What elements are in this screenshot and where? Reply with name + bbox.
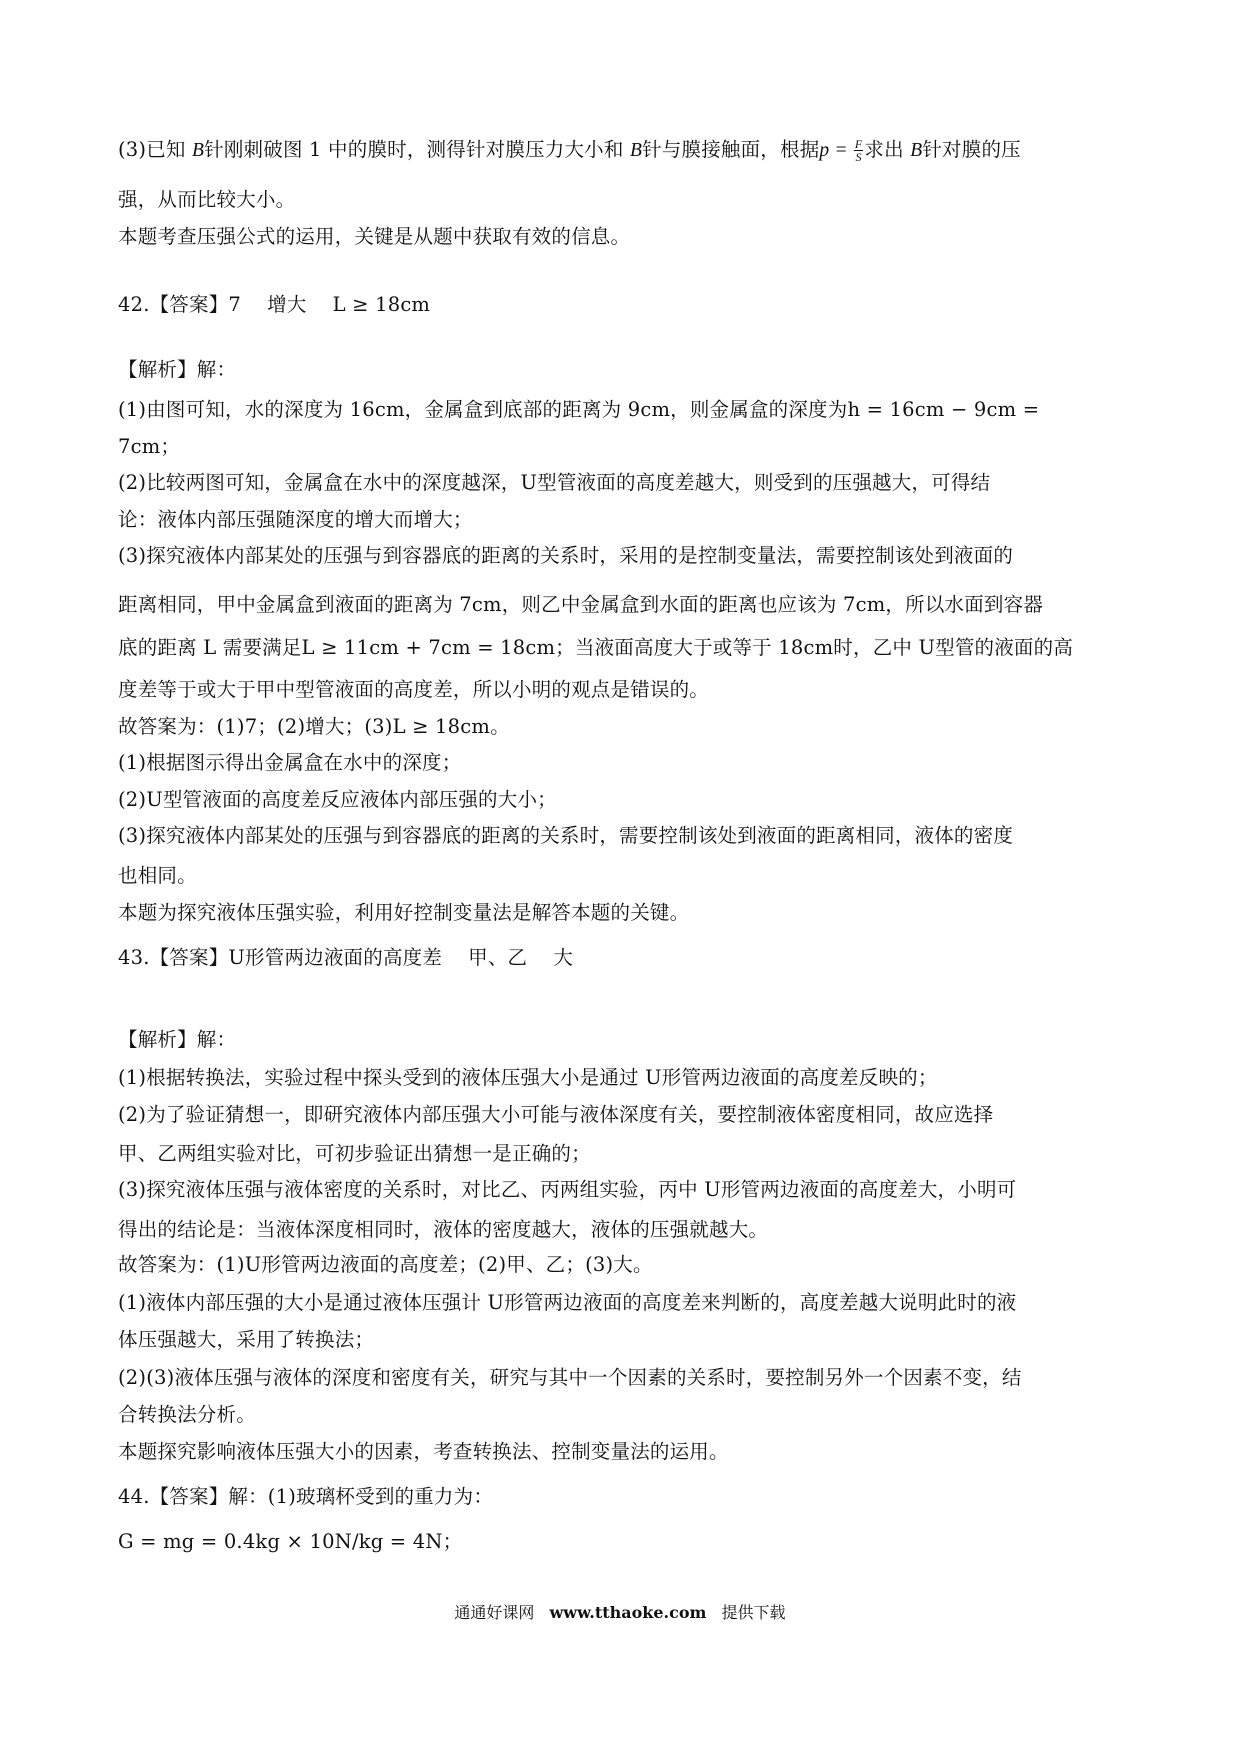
- text-line: 距离相同，甲中金属盒到液面的距离为 7cm，则乙中金属盒到水面的距离也应该为 7…: [118, 592, 1043, 618]
- text-line: 强，从而比较大小。: [118, 187, 295, 213]
- text-line: 合转换法分析。: [118, 1402, 256, 1428]
- text-run: B: [910, 140, 922, 161]
- text-line: 【解析】解：: [118, 1027, 236, 1053]
- text-line: 得出的结论是：当液体深度相同时，液体的密度越大，液体的压强就越大。: [118, 1217, 768, 1243]
- footer-site-name: 通通好课网: [454, 1603, 534, 1622]
- text-line: 也相同。: [118, 863, 197, 889]
- text-line: 本题探究影响液体压强大小的因素，考查转换法、控制变量法的运用。: [118, 1439, 729, 1465]
- text-line: 体压强越大，采用了转换法；: [118, 1327, 374, 1353]
- text-line: 7cm；: [118, 434, 180, 460]
- text-run: 针刚刺破图 1 中的膜时，测得针对膜压力大小和: [204, 138, 630, 161]
- text-line: (2)(3)液体压强与液体的深度和密度有关，研究与其中一个因素的关系时，要控制另…: [118, 1365, 1022, 1391]
- text-line: 44.【答案】解：(1)玻璃杯受到的重力为：: [118, 1484, 493, 1510]
- text-line: (1)液体内部压强的大小是通过液体压强计 U形管两边液面的高度差来判断的，高度差…: [118, 1290, 1016, 1316]
- text-run: p =: [819, 140, 852, 161]
- text-run: B: [192, 140, 204, 161]
- text-line: 底的距离 L 需要满足L ≥ 11cm + 7cm = 18cm；当液面高度大于…: [118, 635, 1073, 661]
- text-line: 【解析】解：: [118, 357, 236, 383]
- text-line: (2)为了验证猜想一，即研究液体内部压强大小可能与液体深度有关，要控制液体密度相…: [118, 1102, 993, 1128]
- text-line: (2)U型管液面的高度差反应液体内部压强的大小；: [118, 787, 557, 813]
- text-line: 度差等于或大于甲中型管液面的高度差，所以小明的观点是错误的。: [118, 677, 709, 703]
- text-line: 本题考查压强公式的运用，关键是从题中获取有效的信息。: [118, 224, 630, 250]
- text-line: (3)探究液体压强与液体密度的关系时，对比乙、丙两组实验，丙中 U形管两边液面的…: [118, 1177, 1016, 1203]
- text-line: (1)根据图示得出金属盒在水中的深度；: [118, 750, 461, 776]
- page-footer: 通通好课网 www.tthaoke.com 提供下载: [0, 1600, 1240, 1623]
- text-line: 甲、乙两组实验对比，可初步验证出猜想一是正确的；: [118, 1141, 591, 1167]
- text-line: (3)探究液体内部某处的压强与到容器底的距离的关系时，需要控制该处到液面的距离相…: [118, 823, 1013, 849]
- text-line: (3)探究液体内部某处的压强与到容器底的距离的关系时，采用的是控制变量法，需要控…: [118, 543, 1013, 569]
- text-line: 43.【答案】U形管两边液面的高度差 甲、乙 大: [118, 945, 573, 971]
- text-line: 论：液体内部压强随深度的增大而增大；: [118, 507, 473, 533]
- text-line: (1)根据转换法，实验过程中探头受到的液体压强大小是通过 U形管两边液面的高度差…: [118, 1065, 938, 1091]
- text-line: (2)比较两图可知，金属盒在水中的深度越深，U型管液面的高度差越大，则受到的压强…: [118, 470, 990, 496]
- text-run: 针与膜接触面，根据: [642, 138, 819, 161]
- text-line: 42.【答案】7 增大 L ≥ 18cm: [118, 292, 430, 318]
- text-run: B: [630, 140, 642, 161]
- text-line: G = mg = 0.4kg × 10N/kg = 4N；: [118, 1529, 462, 1555]
- text-run: 求出: [864, 138, 910, 161]
- text-line: 故答案为：(1)U形管两边液面的高度差；(2)甲、乙；(3)大。: [118, 1252, 653, 1278]
- text-line: (3)已知 B针刚刺破图 1 中的膜时，测得针对膜压力大小和 B针与膜接触面，根…: [118, 137, 1021, 164]
- text-run: 针对膜的压: [922, 138, 1021, 161]
- footer-url[interactable]: www.tthaoke.com: [550, 1603, 707, 1622]
- text-line: 本题为探究液体压强实验，利用好控制变量法是解答本题的关键。: [118, 900, 689, 926]
- text-line: (1)由图可知，水的深度为 16cm，金属盒到底部的距离为 9cm，则金属盒的深…: [118, 397, 1039, 423]
- text-run: (3)已知: [118, 138, 192, 161]
- fraction-f-over-s: FS: [854, 138, 864, 163]
- footer-suffix: 提供下载: [722, 1603, 786, 1622]
- text-line: 故答案为：(1)7；(2)增大；(3)L ≥ 18cm。: [118, 714, 510, 740]
